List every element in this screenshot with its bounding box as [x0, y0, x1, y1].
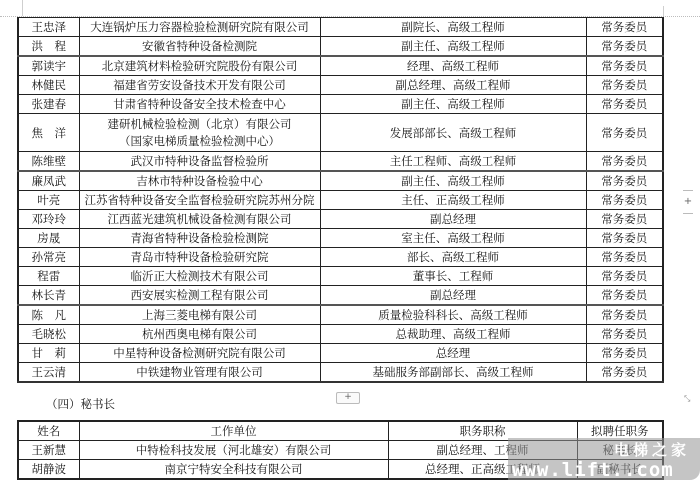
title-cell[interactable]: 副主任、高级工程师	[320, 37, 586, 57]
org-line-1: 建研机械检验检测（北京）有限公司	[80, 116, 320, 133]
table-row: 甘 莉 中星特种设备检测研究院有限公司 总经理 常务委员	[18, 344, 663, 363]
table-row: 王忠泽 大连锅炉压力容器检验检测研究院有限公司 副院长、高级工程师 常务委员	[18, 18, 663, 37]
name-cell[interactable]: 林健民	[18, 76, 79, 95]
org-cell[interactable]: 西安展实检测工程有限公司	[79, 286, 320, 306]
name-cell[interactable]: 陈维壁	[18, 152, 79, 172]
name-cell[interactable]: 房晟	[18, 229, 79, 248]
name-cell[interactable]: 毛晓松	[18, 325, 79, 344]
org-cell[interactable]: 青岛市特种设备检验研究院	[79, 248, 320, 267]
name-cell[interactable]: 陈 凡	[18, 305, 79, 325]
add-row-button[interactable]: +	[336, 392, 360, 404]
role-cell[interactable]: 常务委员	[586, 344, 663, 363]
role-cell[interactable]: 常务委员	[586, 76, 663, 95]
table-row: 胡静波 南京宁特安全科技有限公司 总经理、正高级工程师 副秘书长	[18, 460, 663, 480]
title-cell[interactable]: 总经理、正高级工程师	[388, 460, 577, 480]
title-cell[interactable]: 副总经理	[320, 210, 586, 229]
org-line-2: （国家电梯质量检验检测中心）	[80, 133, 320, 150]
title-cell[interactable]: 发展部部长、高级工程师	[320, 114, 586, 152]
role-cell[interactable]: 常务委员	[586, 325, 663, 344]
header-name: 姓名	[18, 421, 79, 441]
name-cell[interactable]: 程雷	[18, 267, 79, 286]
header-role: 拟聘任职务	[577, 421, 663, 441]
role-cell[interactable]: 常务委员	[586, 171, 663, 191]
role-cell[interactable]: 常务委员	[586, 95, 663, 114]
role-cell[interactable]: 常务委员	[586, 229, 663, 248]
name-cell[interactable]: 王云清	[18, 363, 79, 383]
org-cell[interactable]: 江西蓝光建筑机械设备检测有限公司	[79, 210, 320, 229]
secretary-table: 姓名 工作单位 职务职称 拟聘任职务 王新慧 中特检科技发展（河北雄安）有限公司…	[17, 420, 664, 480]
table-row: 焦 洋 建研机械检验检测（北京）有限公司 （国家电梯质量检验检测中心） 发展部部…	[18, 114, 663, 152]
role-cell[interactable]: 常务委员	[586, 18, 663, 37]
table-row: 廉凤武 吉林市特种设备检验中心 副主任、高级工程师 常务委员	[18, 171, 663, 191]
org-cell[interactable]: 福建省劳安设备技术开发有限公司	[79, 76, 320, 95]
org-cell[interactable]: 临沂正大检测技术有限公司	[79, 267, 320, 286]
committee-members-table: 王忠泽 大连锅炉压力容器检验检测研究院有限公司 副院长、高级工程师 常务委员 洪…	[17, 17, 664, 383]
page-margin-guide-right	[663, 6, 664, 16]
name-cell[interactable]: 郭读宇	[18, 56, 79, 76]
title-cell[interactable]: 副院长、高级工程师	[320, 18, 586, 37]
title-cell[interactable]: 基础服务部副部长、高级工程师	[320, 363, 586, 383]
table-row: 陈 凡 上海三菱电梯有限公司 质量检验科科长、高级工程师 常务委员	[18, 305, 663, 325]
title-cell[interactable]: 副总经理、工程师	[388, 441, 577, 460]
title-cell[interactable]: 室主任、高级工程师	[320, 229, 586, 248]
role-cell[interactable]: 常务委员	[586, 305, 663, 325]
role-cell[interactable]: 秘书长	[577, 441, 663, 460]
name-cell[interactable]: 廉凤武	[18, 171, 79, 191]
name-cell[interactable]: 焦 洋	[18, 114, 79, 152]
table-row: 林健民 福建省劳安设备技术开发有限公司 副总经理、高级工程师 常务委员	[18, 76, 663, 95]
title-cell[interactable]: 董事长、工程师	[320, 267, 586, 286]
org-cell[interactable]: 大连锅炉压力容器检验检测研究院有限公司	[79, 18, 320, 37]
title-cell[interactable]: 主任、正高级工程师	[320, 191, 586, 210]
org-cell[interactable]: 武汉市特种设备监督检验所	[79, 152, 320, 172]
role-cell[interactable]: 常务委员	[586, 286, 663, 306]
title-cell[interactable]: 部长、高级工程师	[320, 248, 586, 267]
role-cell[interactable]: 常务委员	[586, 152, 663, 172]
name-cell[interactable]: 洪 程	[18, 37, 79, 57]
table-row: 程雷 临沂正大检测技术有限公司 董事长、工程师 常务委员	[18, 267, 663, 286]
add-column-button[interactable]: +	[683, 190, 693, 214]
role-cell[interactable]: 常务委员	[586, 56, 663, 76]
org-cell[interactable]: 中特检科技发展（河北雄安）有限公司	[79, 441, 388, 460]
org-cell[interactable]: 吉林市特种设备检验中心	[79, 171, 320, 191]
table-resize-handle[interactable]: ⤡	[684, 394, 694, 404]
table-row: 王新慧 中特检科技发展（河北雄安）有限公司 副总经理、工程师 秘书长	[18, 441, 663, 460]
org-cell[interactable]: 杭州西奥电梯有限公司	[79, 325, 320, 344]
org-cell[interactable]: 甘肃省特种设备安全技术检查中心	[79, 95, 320, 114]
table-row: 孙常亮 青岛市特种设备检验研究院 部长、高级工程师 常务委员	[18, 248, 663, 267]
header-title: 职务职称	[388, 421, 577, 441]
name-cell[interactable]: 孙常亮	[18, 248, 79, 267]
name-cell[interactable]: 胡静波	[18, 460, 79, 480]
role-cell[interactable]: 常务委员	[586, 37, 663, 57]
name-cell[interactable]: 林长青	[18, 286, 79, 306]
title-cell[interactable]: 总经理	[320, 344, 586, 363]
table-row: 王云清 中铁建物业管理有限公司 基础服务部副部长、高级工程师 常务委员	[18, 363, 663, 383]
org-cell[interactable]: 上海三菱电梯有限公司	[79, 305, 320, 325]
name-cell[interactable]: 王新慧	[18, 441, 79, 460]
title-cell[interactable]: 经理、高级工程师	[320, 56, 586, 76]
role-cell[interactable]: 常务委员	[586, 363, 663, 383]
page-margin-guide-left	[22, 0, 23, 16]
org-cell[interactable]: 中星特种设备检测研究院有限公司	[79, 344, 320, 363]
role-cell[interactable]: 副秘书长	[577, 460, 663, 480]
table-row: 陈维壁 武汉市特种设备监督检验所 主任工程师、高级工程师 常务委员	[18, 152, 663, 172]
org-cell[interactable]: 北京建筑材料检验研究院股份有限公司	[79, 56, 320, 76]
section-heading: （四）秘书长	[46, 396, 115, 412]
table-row: 叶亮 江苏省特种设备安全监督检验研究院苏州分院 主任、正高级工程师 常务委员	[18, 191, 663, 210]
title-cell[interactable]: 副总经理、高级工程师	[320, 76, 586, 95]
name-cell[interactable]: 叶亮	[18, 191, 79, 210]
name-cell[interactable]: 王忠泽	[18, 18, 79, 37]
title-cell[interactable]: 主任工程师、高级工程师	[320, 152, 586, 172]
org-cell[interactable]: 中铁建物业管理有限公司	[79, 363, 320, 383]
header-org: 工作单位	[79, 421, 388, 441]
name-cell[interactable]: 邓玲玲	[18, 210, 79, 229]
org-cell[interactable]: 南京宁特安全科技有限公司	[79, 460, 388, 480]
title-cell[interactable]: 质量检验科科长、高级工程师	[320, 305, 586, 325]
role-cell[interactable]: 常务委员	[586, 248, 663, 267]
role-cell[interactable]: 常务委员	[586, 267, 663, 286]
table-row: 张建春 甘肃省特种设备安全技术检查中心 副主任、高级工程师 常务委员	[18, 95, 663, 114]
table-row: 毛晓松 杭州西奥电梯有限公司 总裁助理、高级工程师 常务委员	[18, 325, 663, 344]
name-cell[interactable]: 甘 莉	[18, 344, 79, 363]
role-cell[interactable]: 常务委员	[586, 210, 663, 229]
org-cell[interactable]: 安徽省特种设备检测院	[79, 37, 320, 57]
title-cell[interactable]: 副主任、高级工程师	[320, 95, 586, 114]
table-row: 洪 程 安徽省特种设备检测院 副主任、高级工程师 常务委员	[18, 37, 663, 57]
table-row: 邓玲玲 江西蓝光建筑机械设备检测有限公司 副总经理 常务委员	[18, 210, 663, 229]
org-cell[interactable]: 青海省特种设备检验检测院	[79, 229, 320, 248]
table-row: 郭读宇 北京建筑材料检验研究院股份有限公司 经理、高级工程师 常务委员	[18, 56, 663, 76]
table-header-row: 姓名 工作单位 职务职称 拟聘任职务	[18, 421, 663, 441]
table-row: 林长青 西安展实检测工程有限公司 副总经理 常务委员	[18, 286, 663, 306]
title-cell[interactable]: 总裁助理、高级工程师	[320, 325, 586, 344]
title-cell[interactable]: 副主任、高级工程师	[320, 171, 586, 191]
org-cell[interactable]: 建研机械检验检测（北京）有限公司 （国家电梯质量检验检测中心）	[79, 114, 320, 152]
role-cell[interactable]: 常务委员	[586, 191, 663, 210]
title-cell[interactable]: 副总经理	[320, 286, 586, 306]
table-row: 房晟 青海省特种设备检验检测院 室主任、高级工程师 常务委员	[18, 229, 663, 248]
role-cell[interactable]: 常务委员	[586, 114, 663, 152]
org-cell[interactable]: 江苏省特种设备安全监督检验研究院苏州分院	[79, 191, 320, 210]
name-cell[interactable]: 张建春	[18, 95, 79, 114]
